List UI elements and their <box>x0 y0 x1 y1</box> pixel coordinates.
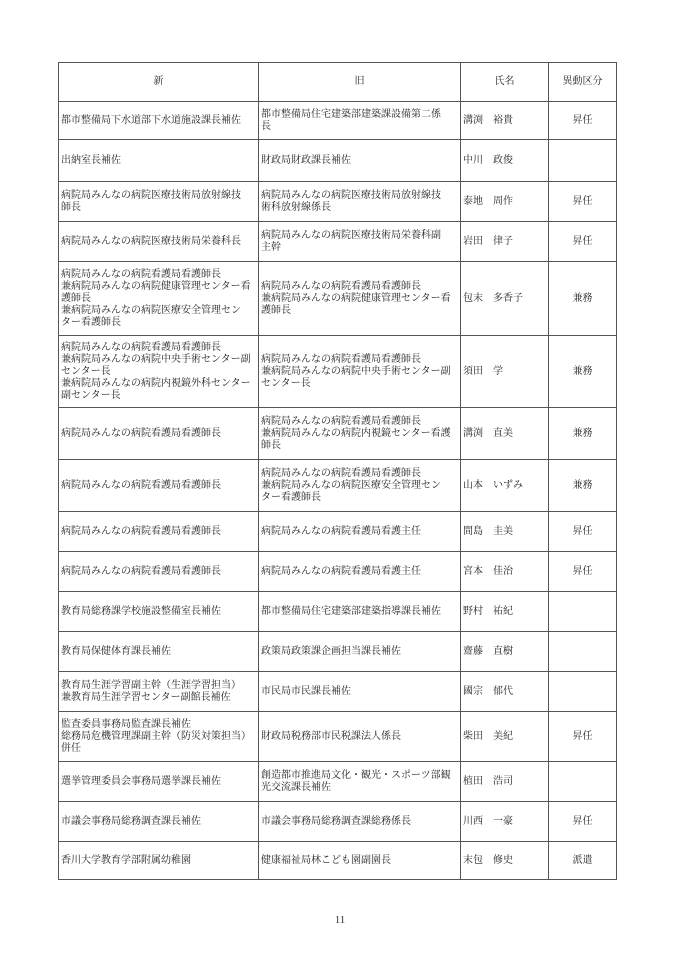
header-new-position: 新 <box>59 63 259 102</box>
old-position-cell: 病院局みんなの病院医療技術局放射線技 術科放射線係長 <box>259 182 461 222</box>
table-row: 病院局みんなの病院看護局看護師長 病院局みんなの病院看護局看護主任 間島 圭美 … <box>59 512 617 552</box>
new-position-cell: 病院局みんなの病院看護局看護師長 <box>59 408 259 460</box>
old-position-cell: 政策局政策課企画担当課長補佐 <box>259 632 461 672</box>
old-position-cell: 健康福祉局林こども園副園長 <box>259 842 461 880</box>
name-cell: 齋藤 直樹 <box>461 632 549 672</box>
old-position-cell: 市民局市民課長補佐 <box>259 672 461 712</box>
transfer-type-cell: 昇任 <box>549 712 617 762</box>
table-row: 病院局みんなの病院医療技術局放射線技 師長 病院局みんなの病院医療技術局放射線技… <box>59 182 617 222</box>
transfer-type-cell: 昇任 <box>549 222 617 262</box>
transfer-type-cell: 昇任 <box>549 512 617 552</box>
new-position-cell: 監査委員事務局監査課長補佐 総務局危機管理課副主幹（防災対策担当） 併任 <box>59 712 259 762</box>
table-row: 病院局みんなの病院看護局看護師長 病院局みんなの病院看護局看護主任 宮本 佳治 … <box>59 552 617 592</box>
table-row: 病院局みんなの病院医療技術局栄養科長 病院局みんなの病院医療技術局栄養科副 主幹… <box>59 222 617 262</box>
table-row: 病院局みんなの病院看護局看護師長 兼病院局みんなの病院中央手術センター副 センタ… <box>59 336 617 408</box>
new-position-cell: 香川大学教育学部附属幼稚園 <box>59 842 259 880</box>
table-row: 市議会事務局総務調査課長補佐 市議会事務局総務調査課総務係長 川西 一豪 昇任 <box>59 802 617 842</box>
old-position-cell: 財政局財政課長補佐 <box>259 140 461 182</box>
old-position-cell: 創造都市推進局文化・観光・スポーツ部観 光交流課長補佐 <box>259 762 461 802</box>
document-page: 新 旧 氏名 異動区分 都市整備局下水道部下水道施設課長補佐 都市整備局住宅建築… <box>0 0 680 961</box>
transfer-type-cell: 兼務 <box>549 408 617 460</box>
name-cell: 中川 政俊 <box>461 140 549 182</box>
table-row: 教育局総務課学校施設整備室長補佐 都市整備局住宅建築部建築指導課長補佐 野村 祐… <box>59 592 617 632</box>
table-row: 香川大学教育学部附属幼稚園 健康福祉局林こども園副園長 末包 修史 派遣 <box>59 842 617 880</box>
transfer-type-cell: 昇任 <box>549 182 617 222</box>
new-position-cell: 病院局みんなの病院看護局看護師長 <box>59 512 259 552</box>
new-position-cell: 教育局保健体育課長補佐 <box>59 632 259 672</box>
new-position-cell: 病院局みんなの病院看護局看護師長 兼病院局みんなの病院健康管理センター看 護師長… <box>59 262 259 336</box>
table-row: 監査委員事務局監査課長補佐 総務局危機管理課副主幹（防災対策担当） 併任 財政局… <box>59 712 617 762</box>
table-row: 病院局みんなの病院看護局看護師長 病院局みんなの病院看護局看護師長 兼病院局みん… <box>59 408 617 460</box>
name-cell: 國宗 郁代 <box>461 672 549 712</box>
table-row: 病院局みんなの病院看護局看護師長 兼病院局みんなの病院健康管理センター看 護師長… <box>59 262 617 336</box>
new-position-cell: 病院局みんなの病院医療技術局放射線技 師長 <box>59 182 259 222</box>
new-position-cell: 出納室長補佐 <box>59 140 259 182</box>
name-cell: 間島 圭美 <box>461 512 549 552</box>
header-old-position: 旧 <box>259 63 461 102</box>
transfer-type-cell: 派遣 <box>549 842 617 880</box>
table-row: 都市整備局下水道部下水道施設課長補佐 都市整備局住宅建築部建築課設備第二係 長 … <box>59 102 617 140</box>
transfer-type-cell: 兼務 <box>549 460 617 512</box>
transfer-type-cell: 昇任 <box>549 102 617 140</box>
transfer-type-cell <box>549 140 617 182</box>
name-cell: 包末 多香子 <box>461 262 549 336</box>
table-header-row: 新 旧 氏名 異動区分 <box>59 63 617 102</box>
page-number: 11 <box>0 914 680 926</box>
transfer-type-cell <box>549 672 617 712</box>
table-row: 教育局生涯学習副主幹（生涯学習担当） 兼教育局生涯学習センター副館長補佐 市民局… <box>59 672 617 712</box>
table-row: 病院局みんなの病院看護局看護師長 病院局みんなの病院看護局看護師長 兼病院局みん… <box>59 460 617 512</box>
new-position-cell: 選挙管理委員会事務局選挙課長補佐 <box>59 762 259 802</box>
header-name: 氏名 <box>461 63 549 102</box>
transfer-type-cell <box>549 592 617 632</box>
old-position-cell: 病院局みんなの病院看護局看護師長 兼病院局みんなの病院健康管理センター看 護師長 <box>259 262 461 336</box>
name-cell: 柴田 美紀 <box>461 712 549 762</box>
name-cell: 川西 一豪 <box>461 802 549 842</box>
old-position-cell: 都市整備局住宅建築部建築指導課長補佐 <box>259 592 461 632</box>
transfer-type-cell: 昇任 <box>549 552 617 592</box>
transfer-type-cell: 昇任 <box>549 802 617 842</box>
old-position-cell: 財政局税務部市民税課法人係長 <box>259 712 461 762</box>
new-position-cell: 病院局みんなの病院看護局看護師長 <box>59 552 259 592</box>
old-position-cell: 病院局みんなの病院医療技術局栄養科副 主幹 <box>259 222 461 262</box>
name-cell: 末包 修史 <box>461 842 549 880</box>
new-position-cell: 市議会事務局総務調査課長補佐 <box>59 802 259 842</box>
transfer-type-cell <box>549 632 617 672</box>
personnel-transfer-table: 新 旧 氏名 異動区分 都市整備局下水道部下水道施設課長補佐 都市整備局住宅建築… <box>58 62 617 880</box>
old-position-cell: 病院局みんなの病院看護局看護師長 兼病院局みんなの病院医療安全管理セン ター看護… <box>259 460 461 512</box>
old-position-cell: 病院局みんなの病院看護局看護師長 兼病院局みんなの病院内視鏡センター看護 師長 <box>259 408 461 460</box>
name-cell: 須田 学 <box>461 336 549 408</box>
header-transfer-type: 異動区分 <box>549 63 617 102</box>
name-cell: 泰地 周作 <box>461 182 549 222</box>
transfer-type-cell: 兼務 <box>549 262 617 336</box>
new-position-cell: 教育局生涯学習副主幹（生涯学習担当） 兼教育局生涯学習センター副館長補佐 <box>59 672 259 712</box>
name-cell: 溝渕 直美 <box>461 408 549 460</box>
old-position-cell: 病院局みんなの病院看護局看護師長 兼病院局みんなの病院中央手術センター副 センタ… <box>259 336 461 408</box>
transfer-type-cell <box>549 762 617 802</box>
name-cell: 野村 祐紀 <box>461 592 549 632</box>
new-position-cell: 病院局みんなの病院看護局看護師長 <box>59 460 259 512</box>
old-position-cell: 病院局みんなの病院看護局看護主任 <box>259 512 461 552</box>
table-row: 選挙管理委員会事務局選挙課長補佐 創造都市推進局文化・観光・スポーツ部観 光交流… <box>59 762 617 802</box>
transfer-type-cell: 兼務 <box>549 336 617 408</box>
new-position-cell: 病院局みんなの病院看護局看護師長 兼病院局みんなの病院中央手術センター副 センタ… <box>59 336 259 408</box>
old-position-cell: 都市整備局住宅建築部建築課設備第二係 長 <box>259 102 461 140</box>
old-position-cell: 市議会事務局総務調査課総務係長 <box>259 802 461 842</box>
name-cell: 岩田 律子 <box>461 222 549 262</box>
table-row: 教育局保健体育課長補佐 政策局政策課企画担当課長補佐 齋藤 直樹 <box>59 632 617 672</box>
name-cell: 溝渕 裕貴 <box>461 102 549 140</box>
new-position-cell: 都市整備局下水道部下水道施設課長補佐 <box>59 102 259 140</box>
name-cell: 植田 浩司 <box>461 762 549 802</box>
new-position-cell: 病院局みんなの病院医療技術局栄養科長 <box>59 222 259 262</box>
name-cell: 山本 いずみ <box>461 460 549 512</box>
table-row: 出納室長補佐 財政局財政課長補佐 中川 政俊 <box>59 140 617 182</box>
new-position-cell: 教育局総務課学校施設整備室長補佐 <box>59 592 259 632</box>
old-position-cell: 病院局みんなの病院看護局看護主任 <box>259 552 461 592</box>
name-cell: 宮本 佳治 <box>461 552 549 592</box>
